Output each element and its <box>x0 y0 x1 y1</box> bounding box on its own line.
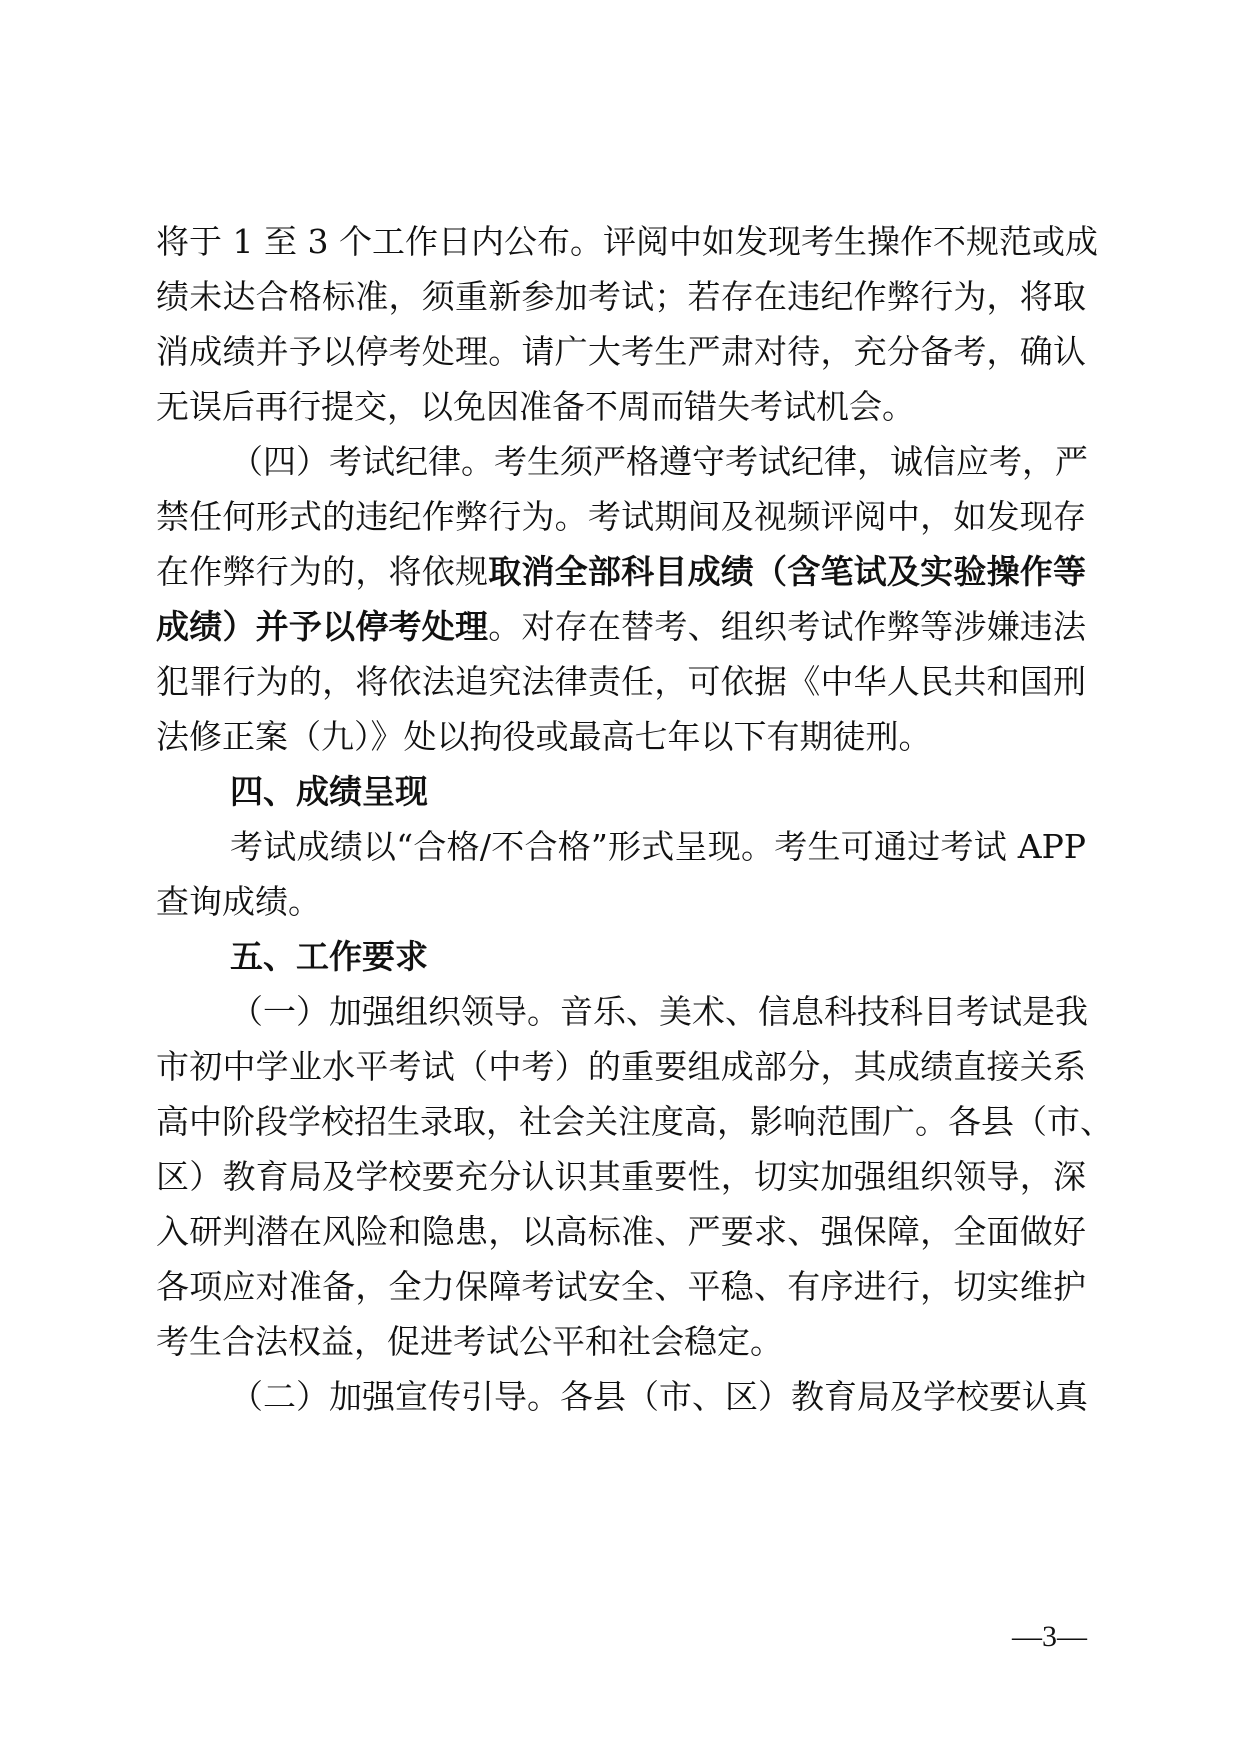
bold-emphasis: 取消全部科目成绩（含笔试及实验操作等 <box>488 552 1086 591</box>
paragraph-line: 法修正案（九）》处以拘役或最高七年以下有期徒刑。 <box>156 717 1086 757</box>
paragraph-line: 各项应对准备，全力保障考试安全、平稳、有序进行，切实维护 <box>156 1267 1086 1307</box>
section-discipline-line: （四）考试纪律。考生须严格遵守考试纪律，诚信应考，严 <box>230 442 1086 482</box>
document-page: 将于 1 至 3 个工作日内公布。评阅中如发现考生操作不规范或成 绩未达合格标准… <box>0 0 1240 1754</box>
paragraph-line: 禁任何形式的违纪作弊行为。考试期间及视频评阅中，如发现存 <box>156 497 1086 537</box>
paragraph-line: 无误后再行提交，以免因准备不周而错失考试机会。 <box>156 387 1086 427</box>
paragraph-line: 消成绩并予以停考处理。请广大考生严肃对待，充分备考，确认 <box>156 332 1086 372</box>
page-number: —3— <box>1012 1620 1087 1654</box>
bold-emphasis: 成绩）并予以停考处理 <box>156 607 488 646</box>
paragraph-line: （二）加强宣传引导。各县（市、区）教育局及学校要认真 <box>230 1377 1086 1417</box>
paragraph-line: 犯罪行为的，将依法追究法律责任，可依据《中华人民共和国刑 <box>156 662 1086 702</box>
paragraph-line: 查询成绩。 <box>156 882 1086 922</box>
paragraph-line: 市初中学业水平考试（中考）的重要组成部分，其成绩直接关系 <box>156 1047 1086 1087</box>
paragraph-line: 高中阶段学校招生录取，社会关注度高，影响范围广。各县（市、 <box>156 1102 1086 1142</box>
paragraph-line: 考生合法权益，促进考试公平和社会稳定。 <box>156 1322 1086 1362</box>
paragraph-line: 考试成绩以“合格/不合格”形式呈现。考生可通过考试 APP <box>230 827 1086 867</box>
paragraph-line: 区）教育局及学校要充分认识其重要性，切实加强组织领导，深 <box>156 1157 1086 1197</box>
paragraph-line: 绩未达合格标准，须重新参加考试；若存在违纪作弊行为，将取 <box>156 277 1086 317</box>
paragraph-line: 将于 1 至 3 个工作日内公布。评阅中如发现考生操作不规范或成 <box>156 222 1086 262</box>
text-run: 在作弊行为的，将依规 <box>156 552 488 591</box>
section-heading-results: 四、成绩呈现 <box>230 772 1086 812</box>
text-run: 。对存在替考、组织考试作弊等涉嫌违法 <box>488 607 1086 646</box>
paragraph-line: 成绩）并予以停考处理。对存在替考、组织考试作弊等涉嫌违法 <box>156 607 1086 647</box>
paragraph-line: 入研判潜在风险和隐患，以高标准、严要求、强保障，全面做好 <box>156 1212 1086 1252</box>
section-heading-requirements: 五、工作要求 <box>230 937 1086 977</box>
paragraph-line: 在作弊行为的，将依规取消全部科目成绩（含笔试及实验操作等 <box>156 552 1086 592</box>
paragraph-line: （一）加强组织领导。音乐、美术、信息科技科目考试是我 <box>230 992 1086 1032</box>
